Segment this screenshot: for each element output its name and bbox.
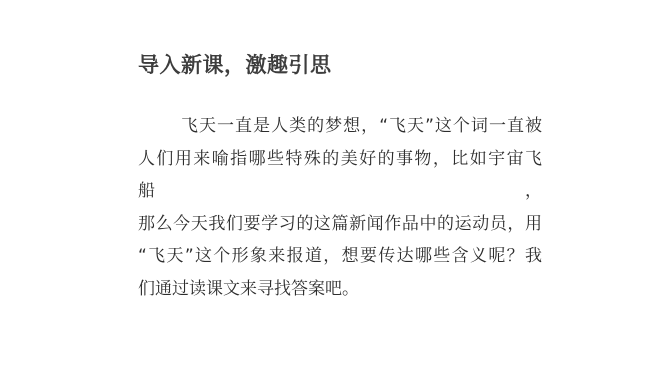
body-paragraph: 飞天一直是人类的梦想，“飞天”这个词一直被 人们用来喻指哪些特殊的美好的事物，比… [138,110,542,305]
body-line-5: 们通过读课文来寻找答案吧。 [138,273,542,306]
body-line-3: 那么今天我们要学习的这篇新闻作品中的运动员，用 [138,208,542,241]
slide-canvas: 导入新课，激趣引思 飞天一直是人类的梦想，“飞天”这个词一直被 人们用来喻指哪些… [0,0,668,376]
body-line-4: “飞天”这个形象来报道，想要传达哪些含义呢？我 [138,240,542,273]
page-title: 导入新课，激趣引思 [138,53,332,77]
body-line-2: 人们用来喻指哪些特殊的美好的事物，比如宇宙飞船， [138,143,542,208]
body-line-1: 飞天一直是人类的梦想，“飞天”这个词一直被 [138,110,542,143]
